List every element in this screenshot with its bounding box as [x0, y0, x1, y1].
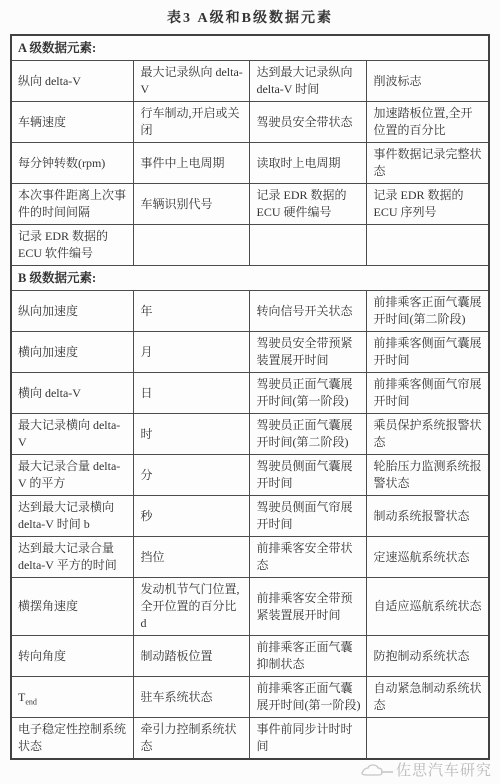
section-header-cell: A 级数据元素: [11, 35, 489, 61]
table-cell: 挡位 [134, 537, 250, 578]
table-row: 达到最大记录合量 delta-V 平方的时间挡位前排乘客安全带状态定速巡航系统状… [11, 537, 489, 578]
table-cell: 前排乘客正面气囊展开时间(第一阶段) [250, 677, 367, 718]
table-cell: 每分钟转数(rpm) [11, 143, 134, 184]
table-cell: 读取时上电周期 [250, 143, 367, 184]
section-header-a: A 级数据元素: [11, 35, 489, 61]
table-cell: 记录 EDR 数据的 ECU 序列号 [367, 184, 489, 225]
table-title: 表3 A级和B级数据元素 [0, 0, 500, 27]
table-cell: 秒 [134, 496, 250, 537]
table-cell: 事件中上电周期 [134, 143, 250, 184]
table-cell: 分 [134, 455, 250, 496]
watermark-logo-icon [360, 761, 394, 779]
table-cell: 加速踏板位置,全开位置的百分比 [367, 102, 489, 143]
table-row: 纵向 delta-V最大记录纵向 delta-V达到最大记录纵向 delta-V… [11, 61, 489, 102]
table-cell: 轮胎压力监测系统报警状态 [367, 455, 489, 496]
table-cell: 电子稳定性控制系统状态 [11, 718, 134, 760]
table-cell: 最大记录合量 delta-V 的平方 [11, 455, 134, 496]
table-row: 横向加速度月驾驶员安全带预紧装置展开时间前排乘客侧面气囊展开时间 [11, 332, 489, 373]
table-row: 达到最大记录横向 delta-V 时间 b秒驾驶员侧面气帘展开时间制动系统报警状… [11, 496, 489, 537]
table-cell: 事件前同步计时时间 [250, 718, 367, 760]
table-cell: 车辆识别代号 [134, 184, 250, 225]
table-cell: 月 [134, 332, 250, 373]
table-cell: 转向角度 [11, 636, 134, 677]
table-cell: 驾驶员侧面气帘展开时间 [250, 496, 367, 537]
section-header-cell: B 级数据元素: [11, 266, 489, 291]
table-cell: 日 [134, 373, 250, 414]
table-row: 横向 delta-V日驾驶员正面气囊展开时间(第一阶段)前排乘客侧面气帘展开时间 [11, 373, 489, 414]
table-cell: 年 [134, 291, 250, 332]
table-cell: 自适应巡航系统状态 [367, 578, 489, 636]
table-row: 电子稳定性控制系统状态牵引力控制系统状态事件前同步计时时间 [11, 718, 489, 760]
table-row: Tend驻车系统状态前排乘客正面气囊展开时间(第一阶段)自动紧急制动系统状态 [11, 677, 489, 718]
table-cell: 记录 EDR 数据的 ECU 硬件编号 [250, 184, 367, 225]
table-cell: 制动系统报警状态 [367, 496, 489, 537]
table-row: 转向角度制动踏板位置前排乘客正面气囊抑制状态防抱制动系统状态 [11, 636, 489, 677]
table-cell: 达到最大记录合量 delta-V 平方的时间 [11, 537, 134, 578]
watermark-text: 佐思汽车研究 [396, 759, 492, 780]
document-page: 表3 A级和B级数据元素 A 级数据元素:纵向 delta-V最大记录纵向 de… [0, 0, 500, 760]
table-cell: 牵引力控制系统状态 [134, 718, 250, 760]
watermark: 佐思汽车研究 [360, 759, 492, 780]
table-cell: 前排乘客正面气囊抑制状态 [250, 636, 367, 677]
table-cell: 横向加速度 [11, 332, 134, 373]
table-row: 本次事件距离上次事件的时间间隔车辆识别代号记录 EDR 数据的 ECU 硬件编号… [11, 184, 489, 225]
table-row: 车辆速度行车制动,开启或关闭驾驶员安全带状态加速踏板位置,全开位置的百分比 [11, 102, 489, 143]
table-cell [250, 225, 367, 266]
table-cell [134, 225, 250, 266]
table-cell: 行车制动,开启或关闭 [134, 102, 250, 143]
table-row: 每分钟转数(rpm)事件中上电周期读取时上电周期事件数据记录完整状态 [11, 143, 489, 184]
table-cell: 最大记录纵向 delta-V [134, 61, 250, 102]
table-cell: 前排乘客安全带状态 [250, 537, 367, 578]
table-cell: 防抱制动系统状态 [367, 636, 489, 677]
table-cell: 乘员保护系统报警状态 [367, 414, 489, 455]
table-cell: 本次事件距离上次事件的时间间隔 [11, 184, 134, 225]
table-cell: 驾驶员安全带状态 [250, 102, 367, 143]
table-cell: 削波标志 [367, 61, 489, 102]
table-cell: 前排乘客正面气囊展开时间(第二阶段) [367, 291, 489, 332]
table-cell [367, 718, 489, 760]
table-cell: 记录 EDR 数据的 ECU 软件编号 [11, 225, 134, 266]
table-cell: 横摆角速度 [11, 578, 134, 636]
table-row: 最大记录合量 delta-V 的平方分驾驶员侧面气囊展开时间轮胎压力监测系统报警… [11, 455, 489, 496]
table-row: 最大记录横向 delta-V时驾驶员正面气囊展开时间(第二阶段)乘员保护系统报警… [11, 414, 489, 455]
table-cell: 自动紧急制动系统状态 [367, 677, 489, 718]
table-row: 纵向加速度年转向信号开关状态前排乘客正面气囊展开时间(第二阶段) [11, 291, 489, 332]
table-cell: 制动踏板位置 [134, 636, 250, 677]
table-row: 记录 EDR 数据的 ECU 软件编号 [11, 225, 489, 266]
table-cell: 横向 delta-V [11, 373, 134, 414]
table-cell: 驾驶员侧面气囊展开时间 [250, 455, 367, 496]
data-elements-table: A 级数据元素:纵向 delta-V最大记录纵向 delta-V达到最大记录纵向… [10, 34, 490, 760]
table-cell: 前排乘客侧面气帘展开时间 [367, 373, 489, 414]
table-cell: 发动机节气门位置,全开位置的百分比 d [134, 578, 250, 636]
table-cell: 前排乘客安全带预紧装置展开时间 [250, 578, 367, 636]
table-cell: 达到最大记录纵向 delta-V 时间 [250, 61, 367, 102]
table-cell: 前排乘客侧面气囊展开时间 [367, 332, 489, 373]
table-cell: 纵向加速度 [11, 291, 134, 332]
table-cell: 定速巡航系统状态 [367, 537, 489, 578]
section-header-b: B 级数据元素: [11, 266, 489, 291]
table-cell: 驾驶员安全带预紧装置展开时间 [250, 332, 367, 373]
table-cell: 事件数据记录完整状态 [367, 143, 489, 184]
table-cell: 驻车系统状态 [134, 677, 250, 718]
table-cell: 达到最大记录横向 delta-V 时间 b [11, 496, 134, 537]
table-cell: 时 [134, 414, 250, 455]
table-cell: 驾驶员正面气囊展开时间(第一阶段) [250, 373, 367, 414]
table-cell: Tend [11, 677, 134, 718]
table-cell: 转向信号开关状态 [250, 291, 367, 332]
table-cell: 最大记录横向 delta-V [11, 414, 134, 455]
table-row: 横摆角速度发动机节气门位置,全开位置的百分比 d前排乘客安全带预紧装置展开时间自… [11, 578, 489, 636]
table-cell: 车辆速度 [11, 102, 134, 143]
table-cell: 驾驶员正面气囊展开时间(第二阶段) [250, 414, 367, 455]
table-cell: 纵向 delta-V [11, 61, 134, 102]
table-cell [367, 225, 489, 266]
